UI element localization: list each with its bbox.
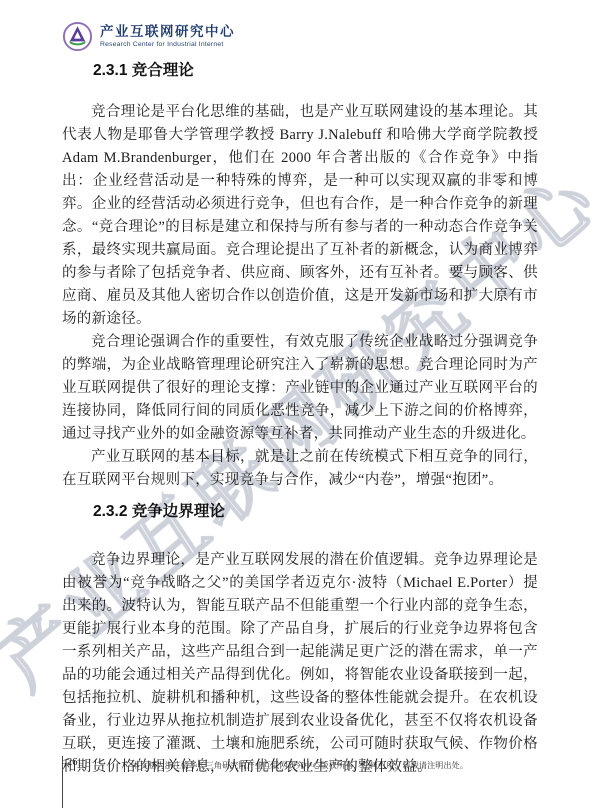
paragraph: 产业互联网的基本目标，就是让之前在传统模式下相互竞争的同行，在互联网平台规则下，… (62, 446, 538, 492)
footer-copyright: 本文档为浙江清华长三角研究院产业互联网研究中心版权所有，任何引用、转载请注明出处… (62, 760, 538, 771)
research-center-emblem-icon (62, 21, 93, 52)
document-header: 产业互联网研究中心 Research Center for Industrial… (62, 21, 235, 52)
section-heading-2-3-2: 2.3.2 竞争边界理论 (93, 501, 538, 523)
brand-text: 产业互联网研究中心 Research Center for Industrial… (100, 24, 235, 49)
paragraph: 竞合理论是平台化思维的基础，也是产业互联网建设的基本理论。其代表人物是耶鲁大学管… (62, 101, 538, 331)
org-name-cn: 产业互联网研究中心 (100, 24, 235, 40)
paragraph: 竞合理论强调合作的重要性，有效克服了传统企业战略过分强调竞争的弊端，为企业战略管… (62, 331, 538, 446)
org-name-en: Research Center for Industrial Internet (100, 40, 235, 49)
document-page: 产业互联网研究中心 产业互联网研究中心 Research Center for … (0, 0, 600, 808)
section-heading-2-3-1: 2.3.1 竞合理论 (93, 60, 538, 82)
paragraph: 竞争边界理论，是产业互联网发展的潜在价值逻辑。竞争边界理论是由被誉为“竞争战略之… (62, 549, 538, 779)
document-body: 2.3.1 竞合理论 竞合理论是平台化思维的基础，也是产业互联网建设的基本理论。… (62, 60, 538, 779)
